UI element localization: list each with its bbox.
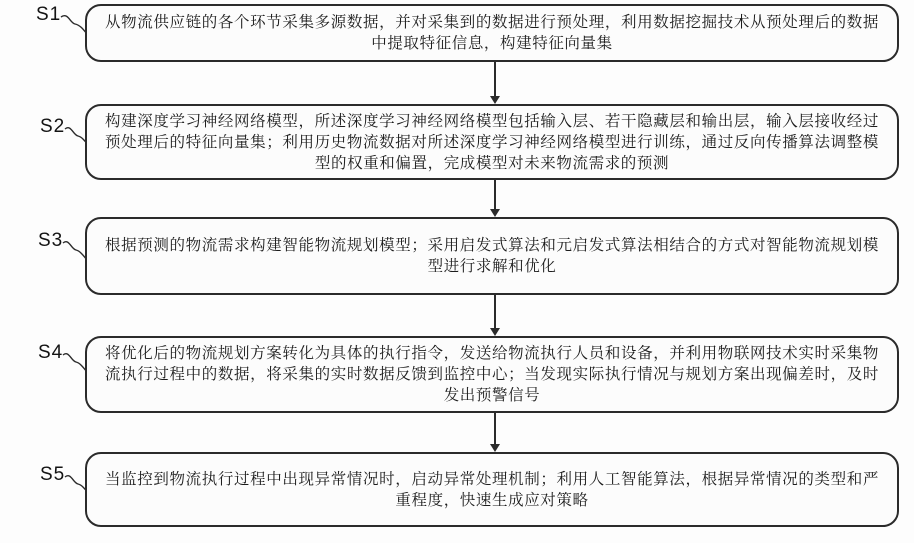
step-box-s2: 构建深度学习神经网络模型，所述深度学习神经网络模型包括输入层、若干隐藏层和输出层…	[85, 104, 899, 180]
step-label-s3: S3	[38, 230, 63, 252]
step-label-s5: S5	[40, 464, 65, 486]
arrow-shaft	[494, 62, 496, 96]
arrow-s1-to-s2	[488, 62, 502, 104]
arrow-head-icon	[490, 96, 500, 104]
step-box-s4: 将优化后的物流规划方案转化为具体的执行指令，发送给物流执行人员和设备，并利用物联…	[85, 336, 899, 413]
step-box-s5: 当监控到物流执行过程中出现异常情况时，启动异常处理机制；利用人工智能算法，根据异…	[85, 452, 899, 527]
arrow-s4-to-s5	[488, 413, 502, 452]
step-label-s1: S1	[36, 4, 61, 26]
arrow-shaft	[494, 413, 496, 444]
label-connector-s1	[60, 14, 88, 36]
arrow-shaft	[494, 180, 496, 209]
step-label-s4: S4	[38, 342, 63, 364]
step-text-s4: 将优化后的物流规划方案转化为具体的执行指令，发送给物流执行人员和设备，并利用物联…	[105, 343, 879, 406]
flowchart: S1 从物流供应链的各个环节采集多源数据，并对采集到的数据进行预处理，利用数据挖…	[0, 0, 914, 543]
step-box-s1: 从物流供应链的各个环节采集多源数据，并对采集到的数据进行预处理，利用数据挖掘技术…	[85, 4, 899, 62]
step-text-s5: 当监控到物流执行过程中出现异常情况时，启动异常处理机制；利用人工智能算法，根据异…	[105, 469, 879, 511]
arrow-head-icon	[490, 444, 500, 452]
step-text-s3: 根据预测的物流需求构建智能物流规划模型；采用启发式算法和元启发式算法相结合的方式…	[105, 235, 879, 277]
step-text-s1: 从物流供应链的各个环节采集多源数据，并对采集到的数据进行预处理，利用数据挖掘技术…	[105, 12, 879, 54]
arrow-head-icon	[490, 209, 500, 217]
step-label-s2: S2	[40, 116, 65, 138]
step-text-s2: 构建深度学习神经网络模型，所述深度学习神经网络模型包括输入层、若干隐藏层和输出层…	[105, 111, 879, 174]
arrow-shaft	[494, 295, 496, 328]
step-box-s3: 根据预测的物流需求构建智能物流规划模型；采用启发式算法和元启发式算法相结合的方式…	[85, 217, 899, 295]
arrow-s3-to-s4	[488, 295, 502, 336]
arrow-s2-to-s3	[488, 180, 502, 217]
arrow-head-icon	[490, 328, 500, 336]
